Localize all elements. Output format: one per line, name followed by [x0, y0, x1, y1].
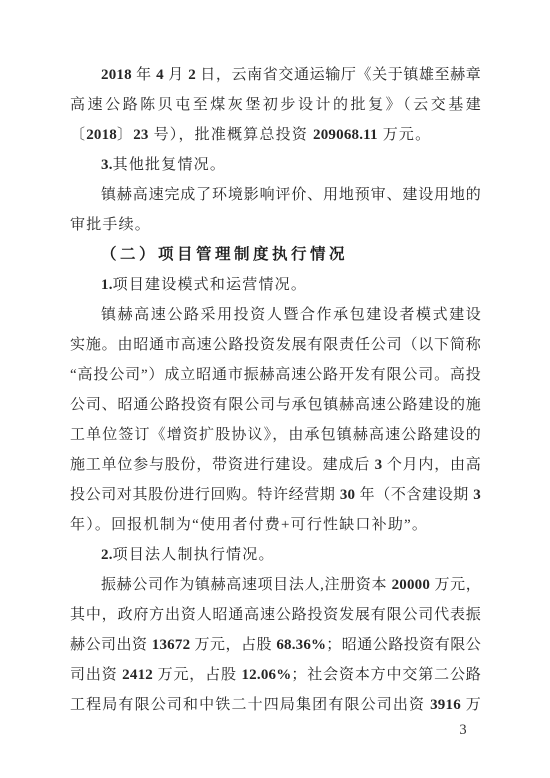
text-line: 1.项目建设模式和运营情况。 [70, 270, 481, 300]
numeric-value: 4 [156, 67, 164, 83]
text-line: 〔2018〕23 号），批准概算总投资 209068.11 万元。 [70, 120, 481, 150]
numeric-value: 3. [101, 157, 113, 173]
text-line: 2018 年 4 月 2 日，云南省交通运输厅《关于镇雄至赫章 [70, 60, 481, 90]
text-line: 司出资 2412 万元，占股 12.06%；社会资本方中交第二公路 [70, 660, 481, 690]
text-line: 镇赫高速完成了环境影响评价、用地预审、建设用地的 [70, 180, 481, 210]
text-line: 赫公司出资 13672 万元，占股 68.36%；昭通公路投资有限公 [70, 630, 481, 660]
numeric-value: 2018 [86, 127, 117, 143]
numeric-value: 2412 [122, 667, 153, 683]
text-line: 工单位签订《增资扩股协议》，由承包镇赫高速公路建设的 [70, 420, 481, 450]
numeric-value: 2018 [101, 67, 132, 83]
text-line: 施工单位参与股份，带资进行建设。建成后 3 个月内，由高 [70, 450, 481, 480]
text-line: 镇赫高速公路采用投资人暨合作承包建设者模式建设 [70, 300, 481, 330]
text-line: 工程局有限公司和中铁二十四局集团有限公司出资 3916 万 [70, 690, 481, 720]
text-line: 年）。回报机制为“使用者付费+可行性缺口补助”。 [70, 510, 481, 540]
text-line: 审批手续。 [70, 210, 481, 240]
numeric-value: 3916 [430, 697, 461, 713]
numeric-value: 2 [188, 67, 196, 83]
numeric-value: 30 [340, 487, 355, 503]
text-line: 其中，政府方出资人昭通高速公路投资发展有限公司代表振 [70, 600, 481, 630]
text-line: 振赫公司作为镇赫高速项目法人,注册资本 20000 万元， [70, 570, 481, 600]
page-number: 3 [450, 722, 476, 739]
text-line: 投公司对其股份进行回购。特许经营期 30 年（不含建设期 3 [70, 480, 481, 510]
section-heading: （二）项目管理制度执行情况 [70, 240, 481, 270]
numeric-value: 3 [375, 457, 383, 473]
numeric-value: 23 [133, 127, 148, 143]
numeric-value: 3 [473, 487, 481, 503]
text-line: 3.其他批复情况。 [70, 150, 481, 180]
text-line: 实施。由昭通市高速公路投资发展有限责任公司（以下简称 [70, 330, 481, 360]
numeric-value: 13672 [152, 637, 191, 653]
document-body: 2018 年 4 月 2 日，云南省交通运输厅《关于镇雄至赫章 高速公路陈贝屯至… [70, 60, 481, 720]
numeric-value: 1. [101, 277, 113, 293]
numeric-value: 68.36% [276, 637, 326, 653]
text-line: “高投公司”）成立昭通市振赫高速公路开发有限公司。高投 [70, 360, 481, 390]
numeric-value: 209068.11 [313, 127, 378, 143]
numeric-value: 20000 [392, 577, 431, 593]
numeric-value: 2. [101, 547, 113, 563]
document-page: 2018 年 4 月 2 日，云南省交通运输厅《关于镇雄至赫章 高速公路陈贝屯至… [0, 0, 550, 778]
numeric-value: 12.06% [241, 667, 291, 683]
text-line: 公司、昭通公路投资有限公司与承包镇赫高速公路建设的施 [70, 390, 481, 420]
text-line: 高速公路陈贝屯至煤灰堡初步设计的批复》（云交基建 [70, 90, 481, 120]
text-line: 2.项目法人制执行情况。 [70, 540, 481, 570]
